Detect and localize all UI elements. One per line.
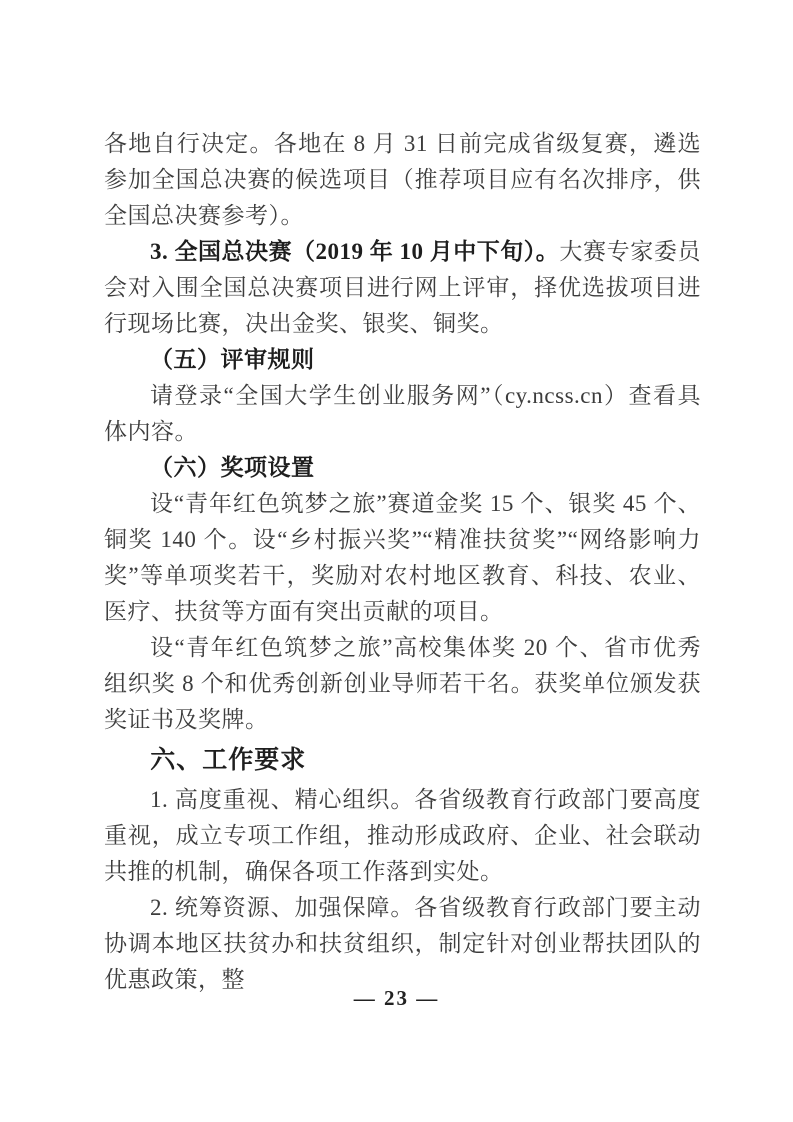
paragraph-national-final-lead: 3. 全国总决赛（2019 年 10 月中下旬）。 xyxy=(104,234,559,270)
paragraph-national-final: 3. 全国总决赛（2019 年 10 月中下旬）。大赛专家委员会对入围全国总决赛… xyxy=(104,234,701,342)
heading-work-requirements: 六、工作要求 xyxy=(104,741,701,779)
heading-award-setup: （六）奖项设置 xyxy=(104,450,701,486)
document-page: 各地自行决定。各地在 8 月 31 日前完成省级复赛，遴选参加全国总决赛的候选项… xyxy=(0,0,793,1122)
paragraph-awards-track: 设“青年红色筑梦之旅”赛道金奖 15 个、银奖 45 个、铜奖 140 个。设“… xyxy=(104,486,701,630)
heading-review-rules: （五）评审规则 xyxy=(104,342,701,378)
paragraph-awards-collective: 设“青年红色筑梦之旅”高校集体奖 20 个、省市优秀组织奖 8 个和优秀创新创业… xyxy=(104,630,701,738)
paragraph-provincial-semifinal: 各地自行决定。各地在 8 月 31 日前完成省级复赛，遴选参加全国总决赛的候选项… xyxy=(104,126,701,234)
paragraph-review-rules: 请登录“全国大学生创业服务网”（cy.ncss.cn）查看具体内容。 xyxy=(104,378,701,450)
paragraph-work-resources: 2. 统筹资源、加强保障。各省级教育行政部门要主动协调本地区扶贫办和扶贫组织，制… xyxy=(104,890,701,998)
paragraph-work-organization: 1. 高度重视、精心组织。各省级教育行政部门要高度重视，成立专项工作组，推动形成… xyxy=(104,782,701,890)
document-body: 各地自行决定。各地在 8 月 31 日前完成省级复赛，遴选参加全国总决赛的候选项… xyxy=(104,126,701,998)
page-number: — 23 — xyxy=(0,986,793,1011)
